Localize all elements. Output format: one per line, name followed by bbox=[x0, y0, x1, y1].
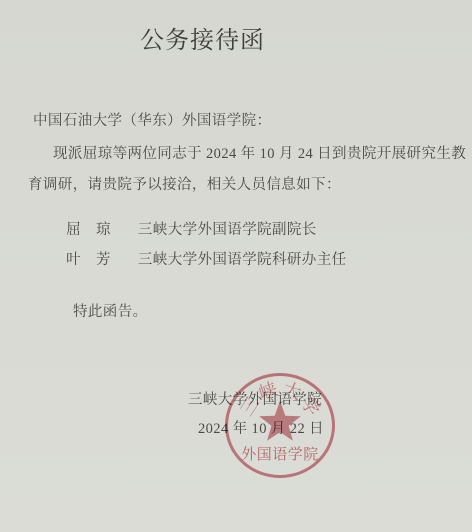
signature-date: 2024 年 10 月 22 日 bbox=[198, 417, 324, 438]
salutation-line: 中国石油大学（华东）外国语学院： bbox=[33, 109, 271, 130]
seal-bottom-text: 外国语学院 bbox=[241, 443, 319, 464]
closing-line: 特此函告。 bbox=[73, 300, 148, 321]
person-row: 叶 芳三峡大学外国语学院科研办主任 bbox=[58, 231, 347, 269]
body-line-2: 育调研，请贵院予以接洽，相关人员信息如下： bbox=[28, 173, 341, 194]
document-title: 公务接待函 bbox=[140, 20, 265, 55]
person-role: 三峡大学外国语学院科研办主任 bbox=[138, 252, 347, 268]
person-name: 叶 芳 bbox=[66, 252, 111, 268]
body-line-1: 现派屈琼等两位同志于 2024 年 10 月 24 日到贵院开展研究生教 bbox=[53, 142, 466, 163]
signature-org: 三峡大学外国语学院 bbox=[188, 388, 322, 409]
